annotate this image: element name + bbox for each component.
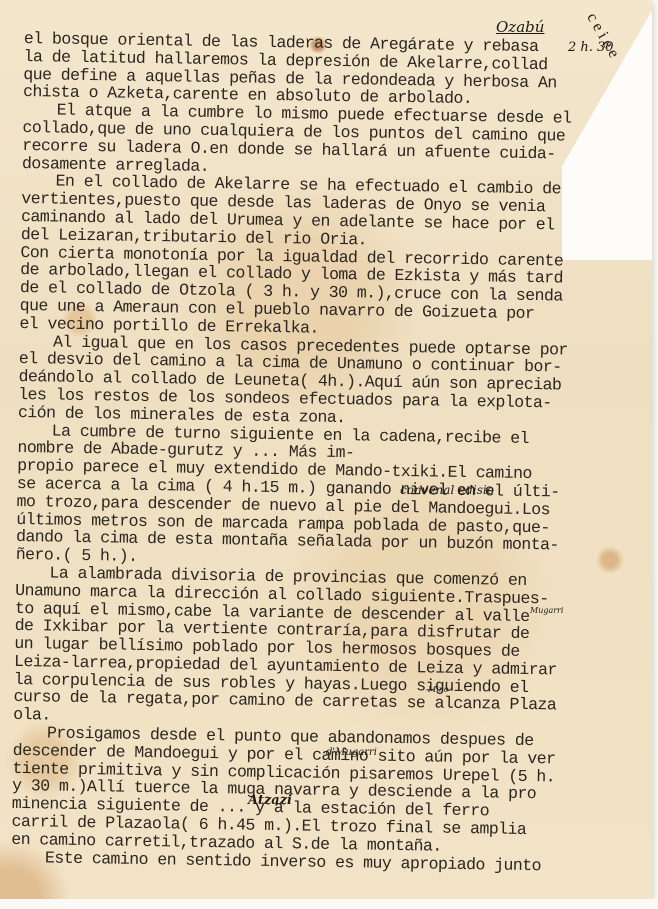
handwritten-note: d'Mugarri	[326, 747, 377, 758]
handwritten-note: 2 h. 30	[568, 40, 614, 55]
page-margin	[0, 899, 658, 909]
handwritten-note: convenal edisio	[400, 483, 494, 497]
handwritten-note: Mugarri	[530, 606, 563, 615]
handwritten-note: Ozabú	[496, 18, 544, 36]
handwritten-note: Mino	[428, 685, 449, 694]
handwritten-note: Atzazi	[248, 793, 292, 808]
paper-page: c e i e e el bosque oriental de las lade…	[0, 0, 652, 899]
